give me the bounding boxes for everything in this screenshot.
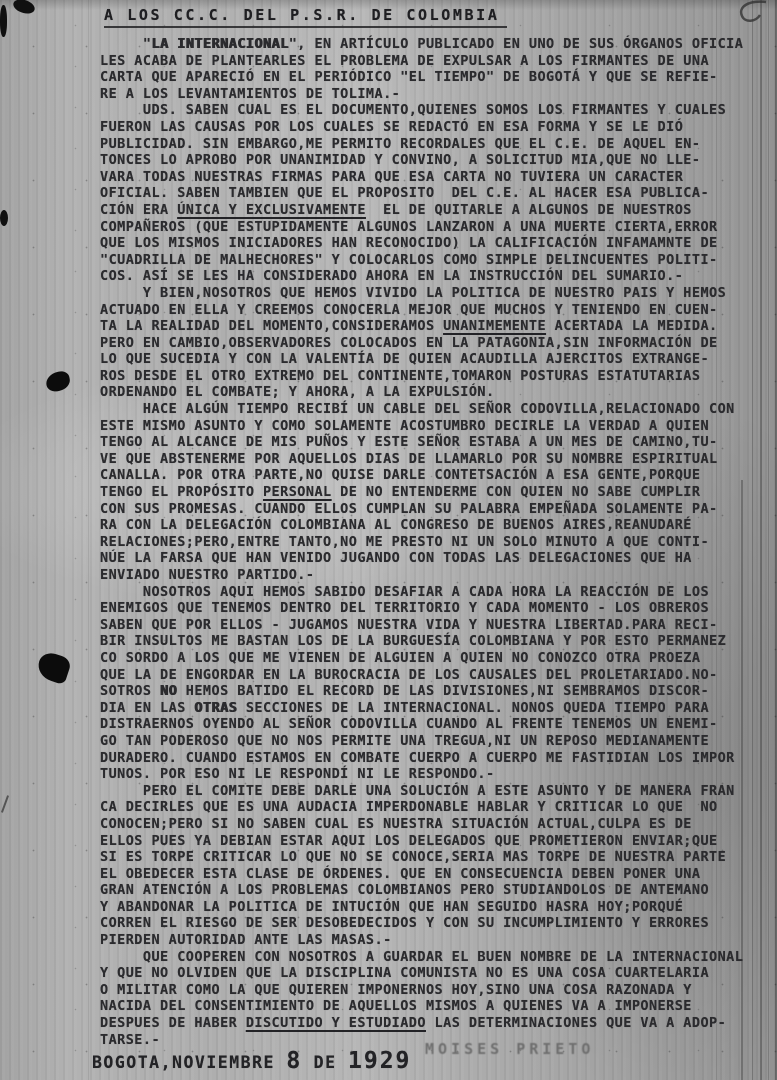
paragraph-1: "LA INTERNACIONAL", EN ARTÍCULO PUBLICAD… xyxy=(100,36,760,102)
paragraph-text: NOSOTROS AQUI HEMOS SABIDO DESAFIAR A CA… xyxy=(100,584,726,700)
paragraph-4: HACE ALGÚN TIEMPO RECIBÍ UN CABLE DEL SE… xyxy=(100,401,760,584)
paragraph-text: " xyxy=(100,36,151,52)
paragraph-2: UDS. SABEN CUAL ES EL DOCUMENTO,QUIENES … xyxy=(100,102,760,285)
document-body: "LA INTERNACIONAL", EN ARTÍCULO PUBLICAD… xyxy=(100,36,760,1048)
underlined-text: ÚNICA Y EXCLUSIVAMENTE xyxy=(177,202,366,218)
dateline-place: BOGOTA,NOVIEMBRE xyxy=(92,1053,286,1072)
underlined-text: PERSONAL xyxy=(263,484,332,500)
overstruck-text: NO xyxy=(160,683,177,699)
underlined-text: UNANIMEMENTE xyxy=(443,318,546,334)
paragraph-7: QUE COOPEREN CON NOSOTROS A GUARDAR EL B… xyxy=(100,949,760,1049)
dateline-year: 1929 xyxy=(348,1048,411,1074)
dateline-separator: DE xyxy=(302,1053,348,1072)
paragraph-5: NOSOTROS AQUI HEMOS SABIDO DESAFIAR A CA… xyxy=(100,584,760,783)
paragraph-6: PERO EL COMITE DEBE DARLE UNA SOLUCIÓN A… xyxy=(100,783,760,949)
dateline: BOGOTA,NOVIEMBRE 8 DE 1929 xyxy=(92,1048,411,1074)
paragraph-3: Y BIEN,NOSOTROS QUE HEMOS VIVIDO LA POLI… xyxy=(100,285,760,401)
paragraph-text: PERO EL COMITE DEBE DARLE UNA SOLUCIÓN A… xyxy=(100,783,735,948)
underlined-text: DISCUTIDO Y ESTUDIADO xyxy=(246,1015,426,1031)
dateline-day: 8 xyxy=(286,1048,302,1074)
document-title: A LOS CC.C. DEL P.S.R. DE COLOMBIA xyxy=(104,6,507,28)
paragraph-text: UDS. SABEN CUAL ES EL DOCUMENTO,QUIENES … xyxy=(100,102,726,218)
overstruck-text: OTRAS xyxy=(194,700,237,716)
overstruck-text: LA INTERNACIONAL xyxy=(151,36,288,52)
signature: MOISES PRIETO xyxy=(425,1040,594,1058)
